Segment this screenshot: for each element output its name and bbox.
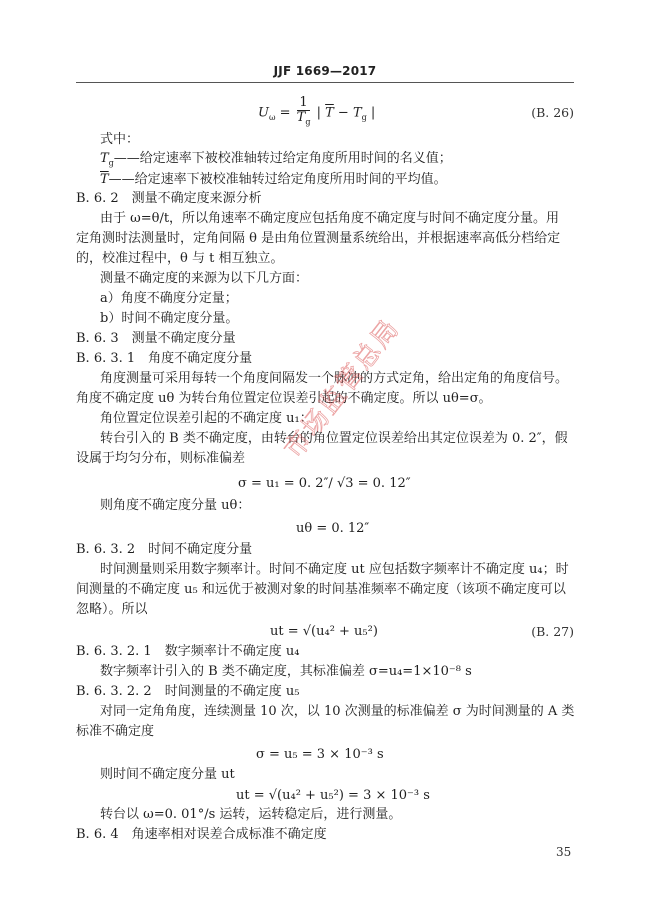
eq-subscript: g xyxy=(305,118,310,127)
section-heading-b62: B. 6. 2 测量不确定度来源分析 xyxy=(76,190,262,208)
eq-operator: − xyxy=(334,105,353,120)
paragraph-line: 标准不确定度 xyxy=(76,723,154,741)
page-number: 35 xyxy=(556,845,571,859)
definition-text: ——给定速率下被校准轴转过给定角度所用时间的名义值； xyxy=(114,151,452,166)
paragraph-line: 时间测量则采用数字频率计。时间不确定度 ut 应包括数字频率计不确定度 u₄；时 xyxy=(100,561,569,579)
section-heading-b632: B. 6. 3. 2 时间不确定度分量 xyxy=(76,541,252,559)
fraction-denominator: Tg xyxy=(297,111,311,130)
paragraph-line: 对同一定角角度，连续测量 10 次，以 10 次测量的标准偏差 σ 为时间测量的… xyxy=(100,703,574,721)
equation-u-theta: uθ = 0. 12″ xyxy=(296,520,369,538)
eq-operator: = xyxy=(276,105,291,120)
paragraph-line: 角度不确定度 uθ 为转台角位置定位误差引起的不确定度。所以 uθ=σ。 xyxy=(76,390,492,408)
paragraph-line: 设属于均匀分布，则标准偏差 xyxy=(76,450,245,468)
eq-symbol: T xyxy=(325,105,334,120)
document-header-title: JJF 1669—2017 xyxy=(0,64,650,78)
paragraph-line: 角位置定位误差引起的不确定度 u₁： xyxy=(100,410,313,428)
where-label: 式中： xyxy=(100,131,139,149)
paragraph-line: 转台引入的 B 类不确定度，由转台的角位置定位误差给出其定位误差为 0. 2″，… xyxy=(100,430,568,448)
paragraph-line: 角度测量可采用每转一个角度间隔发一个脉冲的方式定角，给出定角的角度信号。 xyxy=(100,370,568,388)
section-heading-b64: B. 6. 4 角速率相对误差合成标准不确定度 xyxy=(76,826,327,844)
eq-operator: | xyxy=(312,105,325,120)
header-rule xyxy=(76,82,574,83)
paragraph-line: 的，校准过程中，θ 与 t 相互独立。 xyxy=(76,250,283,268)
equation-sigma-u5: σ = u₅ = 3 × 10⁻³ s xyxy=(256,746,384,764)
equation-number-b26: (B. 26) xyxy=(531,104,574,122)
section-heading-b6322: B. 6. 3. 2. 2 时间测量的不确定度 u₅ xyxy=(76,683,299,701)
paragraph-line: 测量不确定度的来源为以下几方面： xyxy=(100,270,308,288)
list-item-b: b）时间不确定度分量。 xyxy=(100,310,238,328)
paragraph-line: 则时间不确定度分量 ut xyxy=(100,766,235,784)
list-item-a: a）角度不确度分定量； xyxy=(100,290,238,308)
eq-operator: | xyxy=(367,105,376,120)
section-heading-b6321: B. 6. 3. 2. 1 数字频率计不确定度 u₄ xyxy=(76,643,299,661)
equation-sigma-u1: σ = u₁ = 0. 2″/ √3 = 0. 12″ xyxy=(238,475,411,493)
equation-b27: ut = √(u₄² + u₅²) xyxy=(270,623,378,641)
paragraph-line: 忽略）。所以 xyxy=(76,601,148,619)
paragraph-line: 转台以 ω=0. 01°/s 运转，运转稳定后，进行测量。 xyxy=(100,806,401,824)
paragraph-line: 数字频率计引入的 B 类不确定度，其标准偏差 σ=u₄=1×10⁻⁸ s xyxy=(100,663,472,681)
eq-symbol: T xyxy=(353,105,362,120)
equation-number-b27: (B. 27) xyxy=(531,623,574,641)
paragraph-line: 由于 ω=θ/t，所以角速率不确定度应包括角度不确定度与时间不确定度分量。用 xyxy=(100,210,559,228)
paragraph-line: 定角测时法测量时，定角间隔 θ 是由角位置测量系统给出，并根据速率高低分档给定 xyxy=(76,230,560,248)
eq-symbol: U xyxy=(258,105,269,120)
where-tbar-definition: T——给定速率下被校准轴转过给定角度所用时间的平均值。 xyxy=(100,171,447,189)
paragraph-line: 间测量的不确定度 u₅ 和远优于被测对象的时间基准频率不确定度（该项不确定度可以 xyxy=(76,581,566,599)
definition-text: ——给定速率下被校准轴转过给定角度所用时间的平均值。 xyxy=(109,172,447,187)
equation-ut: ut = √(u₄² + u₅²) = 3 × 10⁻³ s xyxy=(236,787,430,805)
fraction-numerator: 1 xyxy=(297,96,311,111)
eq-symbol: T xyxy=(100,172,109,187)
equation-b26: Uω = 1 Tg | T − Tg | xyxy=(258,96,375,130)
section-heading-b631: B. 6. 3. 1 角度不确定度分量 xyxy=(76,350,252,368)
eq-symbol: T xyxy=(100,151,109,166)
where-tg-definition: Tg——给定速率下被校准轴转过给定角度所用时间的名义值； xyxy=(100,150,452,173)
paragraph-line: 则角度不确定度分量 uθ： xyxy=(100,497,250,515)
section-heading-b63: B. 6. 3 测量不确定度分量 xyxy=(76,330,236,348)
document-page: JJF 1669—2017 Uω = 1 Tg | T − Tg | (B. 2… xyxy=(0,0,650,920)
fraction: 1 Tg xyxy=(297,96,311,130)
